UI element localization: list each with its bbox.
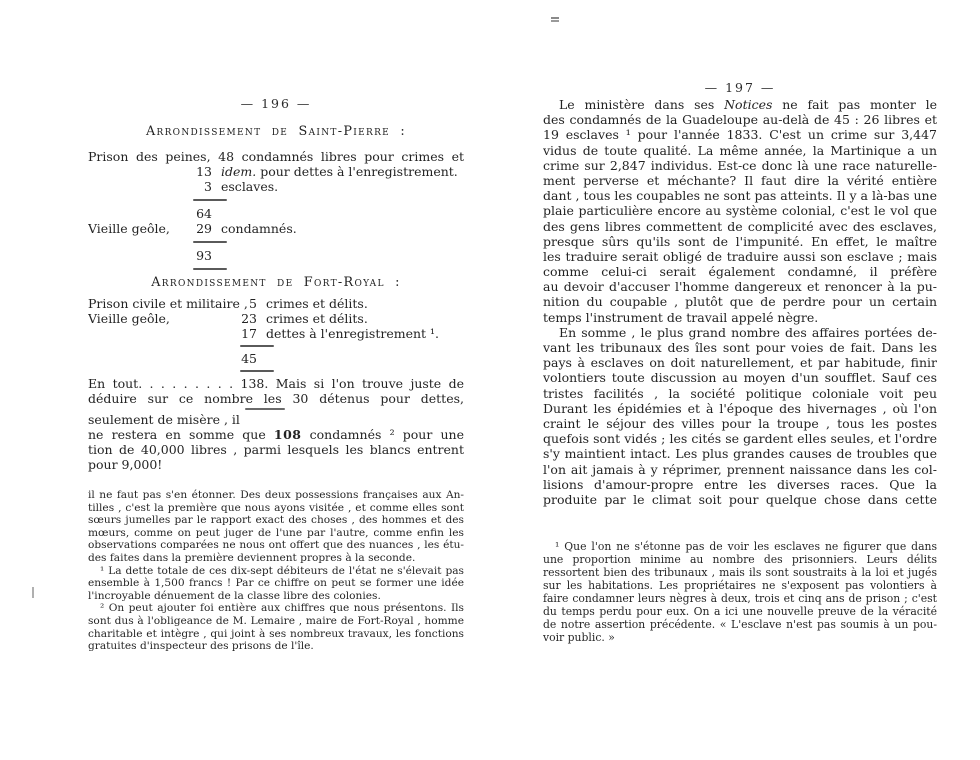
footnote-line: sont dus à l'obligeance de M. Lemaire , …	[88, 615, 464, 628]
table-row-sp-3: 3esclaves.	[88, 179, 464, 194]
row-text: idem. pour dettes à l'enregistrement.	[221, 164, 458, 179]
table-row-fr-2: Vieille geôle,23crimes et délits.	[88, 311, 464, 326]
row-label: Prison civile et militaire ,	[88, 296, 248, 311]
body-line: comme celui-ci serait également condamné…	[543, 264, 937, 279]
footnote-line: sœurs jumelles par le rapport exact des …	[88, 514, 464, 527]
sum-rule	[193, 268, 227, 270]
total-108: 108	[274, 427, 302, 442]
body-line: plaie particulière encore au système col…	[543, 203, 937, 218]
footnote-block-197: ¹ Que l'on ne s'étonne pas de voir les e…	[543, 540, 937, 644]
body-line: tion de 40,000 libres , parmi lesquels l…	[88, 442, 464, 457]
footnote-line: ressortent bien des tribunaux , mais ils…	[543, 566, 937, 579]
row-label: Vieille geôle,	[88, 221, 170, 236]
row-label: Vieille geôle,	[88, 311, 170, 326]
footnote-line: l'incroyable dénuement de la classe libr…	[88, 590, 464, 603]
footnote-line: ² On peut ajouter foi entière aux chiffr…	[88, 602, 464, 615]
total-value: 93	[88, 248, 212, 263]
total-45: 45	[88, 351, 464, 366]
scan-artifact-dash	[32, 587, 34, 598]
sum-rule	[240, 370, 274, 372]
book-page-197: — 197 — Le ministère dans ses Notices ne…	[543, 80, 937, 644]
body-line: pays à esclaves on doit naturellement, e…	[543, 355, 937, 370]
footnote-line: tilles , c'est la première que nous ayon…	[88, 502, 464, 515]
body-line: des condamnés de la Guadeloupe au-delà d…	[543, 112, 937, 127]
body-line: l'on ait jamais à y réprimer, prennent n…	[543, 462, 937, 477]
body-line: craint le séjour des villes pour la trou…	[543, 416, 937, 431]
footnote-line: une proportion minime au nombre des pris…	[543, 553, 937, 566]
table-row-sp-2: 13idem. pour dettes à l'enregistrement.	[88, 164, 464, 179]
section-heading-fort-royal: Arrondissement de Fort-Royal :	[88, 275, 464, 290]
row-number: 3	[88, 179, 212, 194]
footnote-line: charitable et intègre , qui joint à ses …	[88, 628, 464, 641]
body-line: des gens libres commettent de complicité…	[543, 219, 937, 234]
page-number-right: — 197 —	[543, 80, 937, 95]
total-value: 45	[88, 351, 257, 366]
table-row-fr-3: 17dettes à l'enregistrement ¹.	[88, 326, 464, 341]
body-line: Le ministère dans ses Notices ne fait pa…	[543, 97, 937, 112]
row-text: condamnés.	[221, 221, 297, 236]
body-line: presque sûrs qu'ils sont de l'impunité. …	[543, 234, 937, 249]
footnote-line: sur les habitations. Les propriétaires n…	[543, 579, 937, 592]
footnote-line: ensemble à 1,500 francs ! Par ce chiffre…	[88, 577, 464, 590]
body-line: quefois sont vidés ; les cités se garden…	[543, 431, 937, 446]
line-part: ne restera en somme que	[88, 427, 266, 442]
body-line: lisions d'amour-propre entre les diverse…	[543, 477, 937, 492]
footnote-line: gratuites d'inspecteur des prisons de l'…	[88, 640, 464, 653]
body-line: En somme , le plus grand nombre des affa…	[543, 325, 937, 340]
subtotal-value: 64	[88, 206, 212, 221]
body-line: ne restera en somme que 108 condamnés ² …	[88, 427, 464, 442]
italic-idem: idem.	[221, 164, 256, 179]
body-line: vant les tribunaux des îles sont pour vo…	[543, 340, 937, 355]
footnote-block-196: il ne faut pas s'en étonner. Des deux po…	[88, 489, 464, 653]
italic-notices: Notices	[724, 97, 772, 112]
body-line: Durant les épidémies et à l'époque des h…	[543, 401, 937, 416]
row-text: esclaves.	[221, 179, 278, 194]
body-line: produite par le climat soit pour quelque…	[543, 492, 937, 507]
footnote-line: voir public. »	[543, 631, 937, 644]
subtotal-64: 64	[88, 206, 464, 221]
body-line: crime sur 2,847 individus. Est-ce donc l…	[543, 158, 937, 173]
body-line: les traduire serait obligé de traduire a…	[543, 249, 937, 264]
body-line: déduire sur ce nombre les 30 détenus pou…	[88, 391, 464, 406]
body-line: s'y maintient intact. Les plus grandes c…	[543, 446, 937, 461]
sum-rule	[240, 345, 274, 347]
body-line: tristes facilités , la société politique…	[543, 386, 937, 401]
body-line: dant , tous les coupables ne sont pas at…	[543, 188, 937, 203]
footnote-line: du temps perdu pour eux. On a ici une no…	[543, 605, 937, 618]
row-number: 17	[88, 326, 257, 341]
footnote-line: faire condamner leurs nègres à deux, tro…	[543, 592, 937, 605]
footnote-line: ¹ La dette totale de ces dix-sept débite…	[88, 565, 464, 578]
page-number-left: — 196 —	[88, 96, 464, 111]
body-line: seulement de misère , il	[88, 412, 464, 427]
body-line: nition du coupable , plutôt que de perdr…	[543, 294, 937, 309]
footnote-line: observations comparées ne nous ont offer…	[88, 539, 464, 552]
strike-rule-30	[245, 408, 285, 410]
body-line: au devoir d'accuser l'homme dangereux et…	[543, 279, 937, 294]
footnote-line: de notre assertion précédente. « L'escla…	[543, 618, 937, 631]
body-line: vidus de toute qualité. La même année, l…	[543, 143, 937, 158]
body-line: temps l'instrument de travail appelé nèg…	[543, 310, 937, 325]
footnote-line: ¹ Que l'on ne s'étonne pas de voir les e…	[543, 540, 937, 553]
body-line: ment perverse et méchante? Il faut dire …	[543, 173, 937, 188]
body-line: 19 esclaves ¹ pour l'année 1833. C'est u…	[543, 127, 937, 142]
body-line: volontiers toute discussion au moyen d'u…	[543, 370, 937, 385]
body-line: En tout. . . . . . . . . 138. Mais si l'…	[88, 376, 464, 391]
row-text-rest: pour dettes à l'enregistrement.	[260, 164, 458, 179]
body-line: pour 9,000!	[88, 457, 464, 472]
total-93: 93	[88, 248, 464, 263]
row-number: 13	[88, 164, 212, 179]
row-text: crimes et délits.	[266, 296, 368, 311]
sum-rule	[193, 241, 227, 243]
scan-artifact-mark	[551, 17, 559, 19]
footnote-line: des faites dans la première deviennent p…	[88, 552, 464, 565]
table-row-sp-4: Vieille geôle,29condamnés.	[88, 221, 464, 236]
section-heading-saint-pierre: Arrondissement de Saint-Pierre :	[88, 124, 464, 139]
footnote-line: il ne faut pas s'en étonner. Des deux po…	[88, 489, 464, 502]
line-part: Le ministère dans ses	[559, 97, 714, 112]
row-text: dettes à l'enregistrement ¹.	[266, 326, 439, 341]
table-row-sp-1: Prison des peines, 48 condamnés libres p…	[88, 149, 464, 164]
row-text: crimes et délits.	[266, 311, 368, 326]
sum-rule	[193, 199, 227, 201]
table-row-fr-1: Prison civile et militaire ,5crimes et d…	[88, 296, 464, 311]
footnote-line: mœurs, comme on peut juger de l'une par …	[88, 527, 464, 540]
book-page-196: — 196 — Arrondissement de Saint-Pierre :…	[88, 96, 464, 653]
